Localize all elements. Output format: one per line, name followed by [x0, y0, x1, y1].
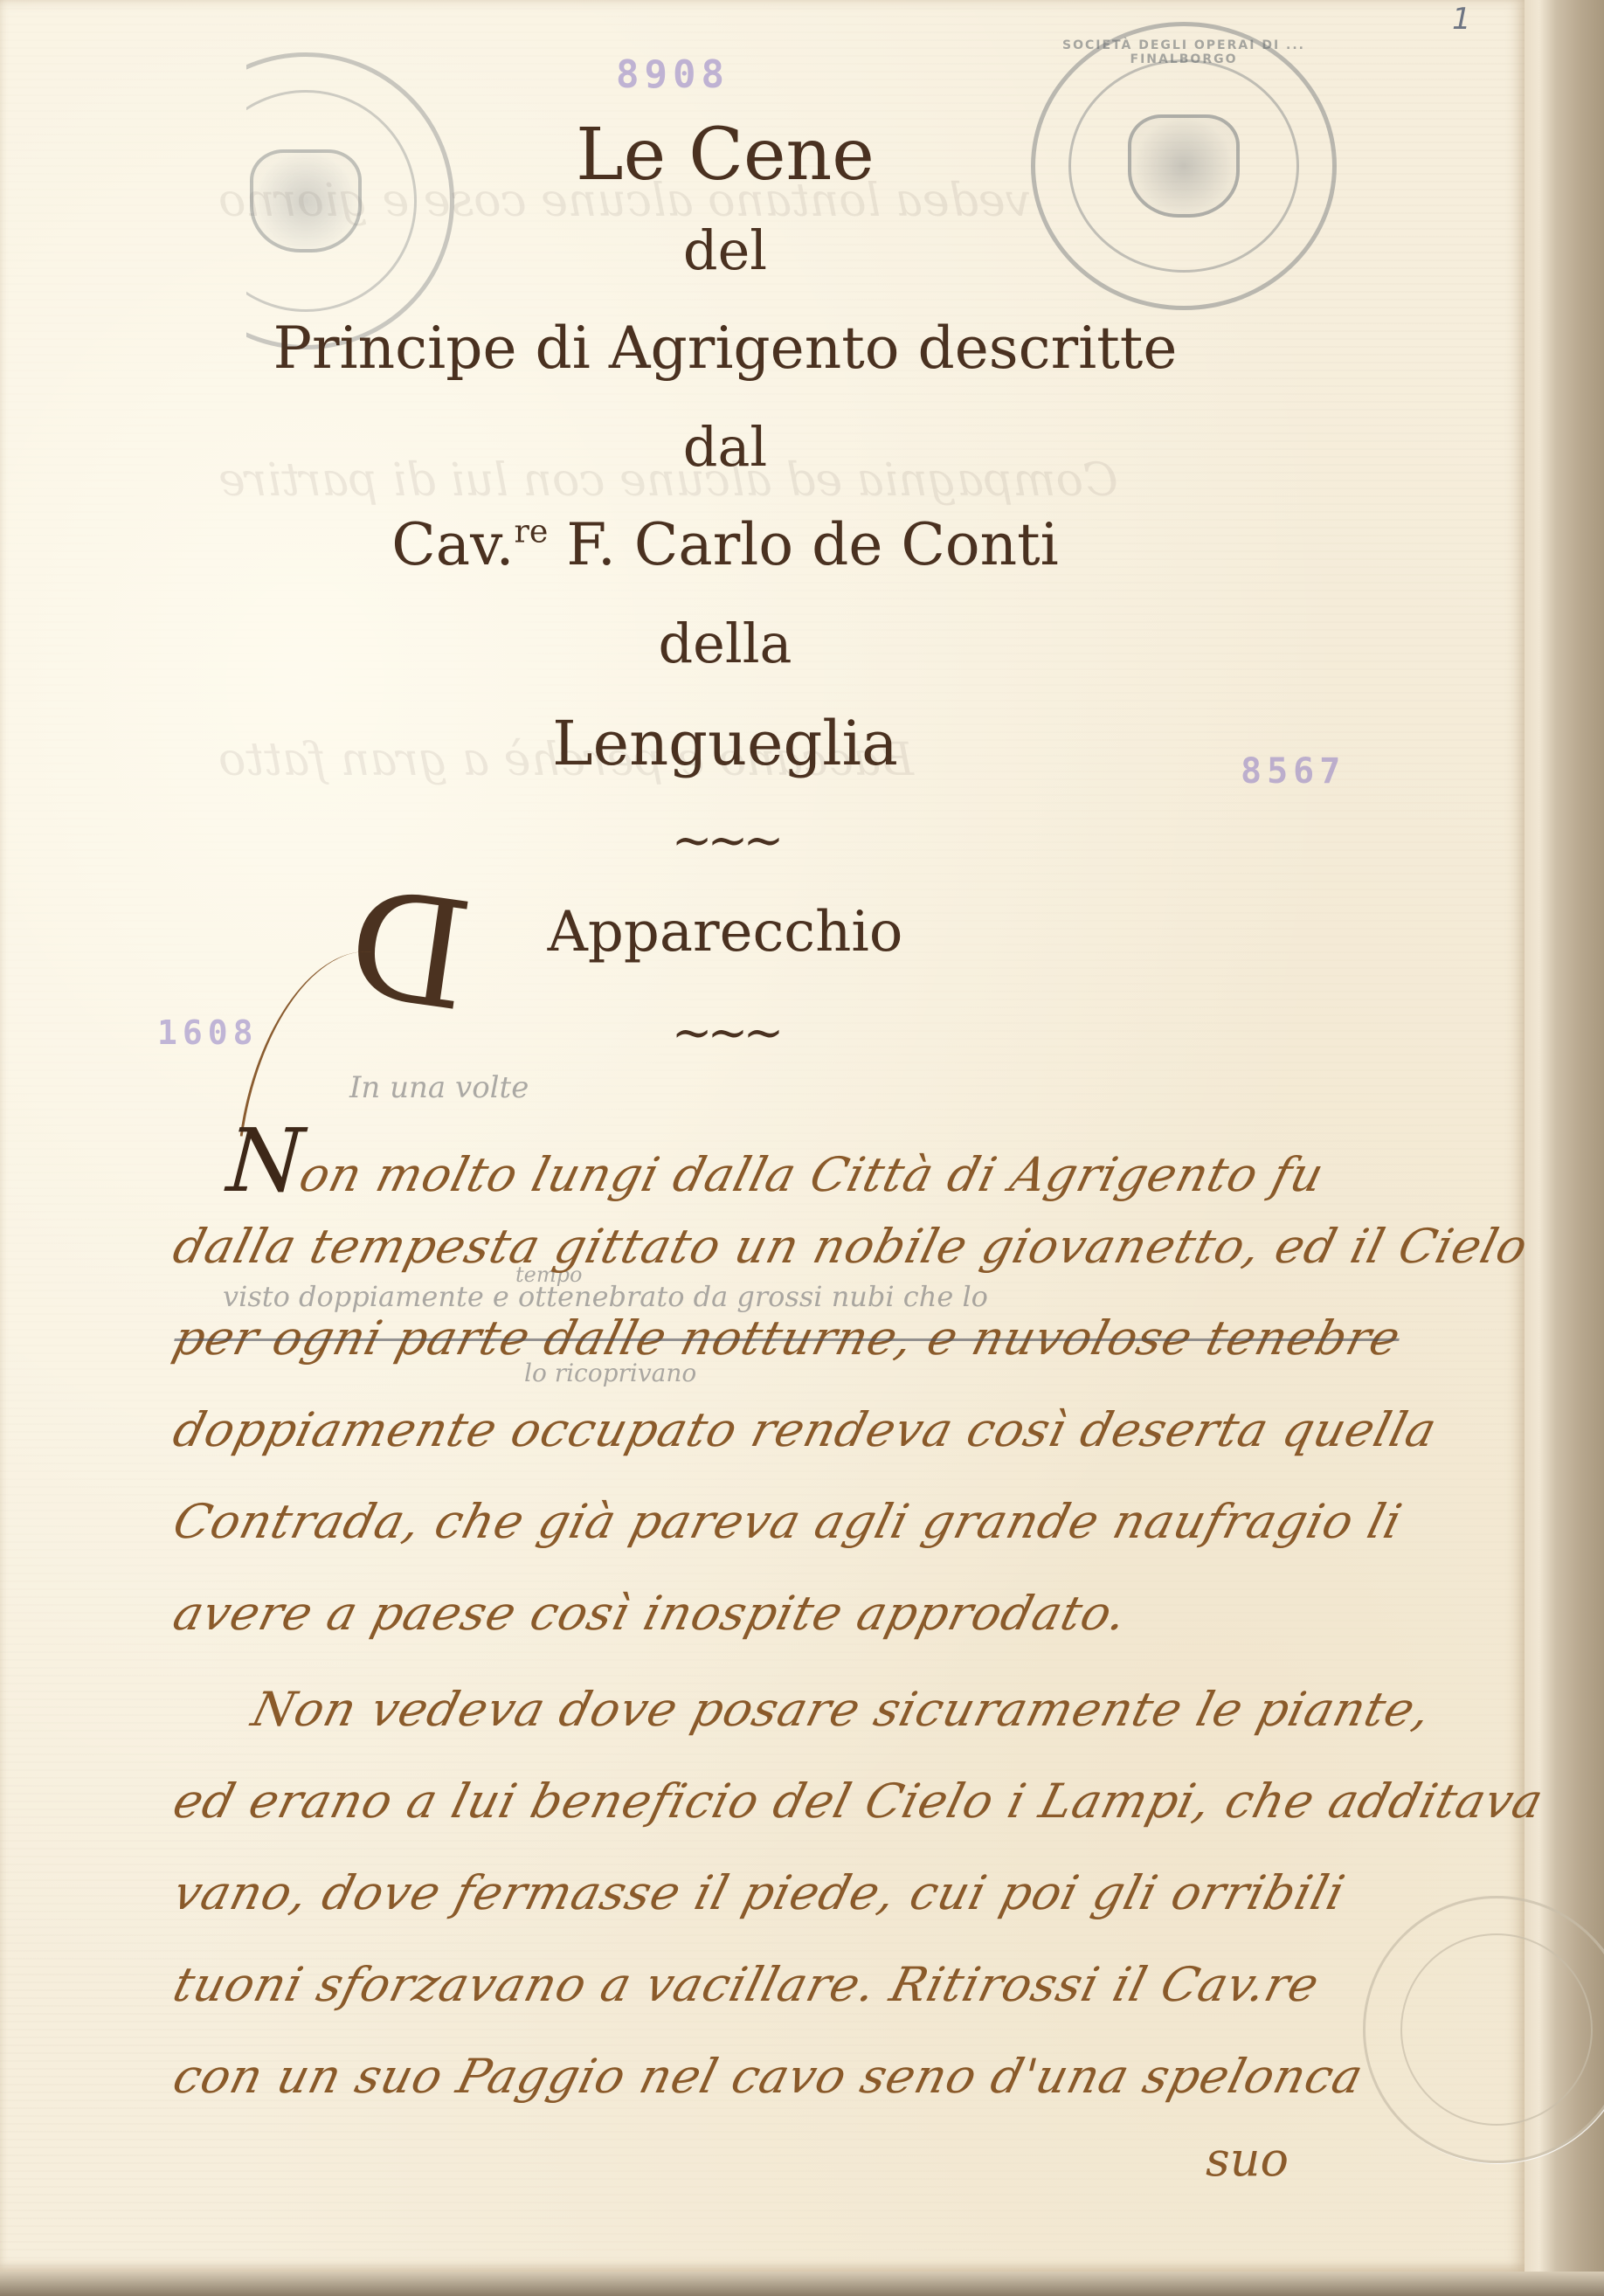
body-line-2: dalla tempesta gittato un nobile giovane… — [168, 1219, 1533, 1274]
title-line-6: della — [0, 612, 1450, 675]
pencil-annotation: visto doppiamente e ottenebrato da gross… — [223, 1280, 988, 1313]
body-line-6: avere a paese così inospite approdato. — [168, 1586, 1133, 1641]
page-bottom-edge — [0, 2272, 1604, 2296]
body-line-5: Contrada, che già pareva agli grande nau… — [168, 1494, 1407, 1549]
body-line-11: con un suo Paggio nel cavo seno d'una sp… — [168, 2049, 1369, 2104]
body-line-1: Non molto lungi dalla Città di Agrigento… — [214, 1110, 1338, 1212]
body-line-9: vano, dove fermasse il piede, cui poi gl… — [168, 1865, 1351, 1920]
title-abbrev-sup: re — [515, 513, 549, 550]
title-line-2: del — [0, 218, 1450, 282]
body-line-8: ed erano a lui beneficio del Cielo i Lam… — [168, 1774, 1549, 1829]
body-line-3: per ogni parte dalle notturne, e nuvolos… — [168, 1311, 1407, 1366]
title-author-name: F. Carlo de Conti — [548, 511, 1058, 578]
body-line-10: tuoni sforzavano a vacillare. Ritirossi … — [168, 1957, 1324, 2012]
inventory-stamp-top: 8908 — [616, 52, 729, 97]
seal-legend: SOCIETÀ DEGLI OPERAI DI ... FINALBORGO — [1035, 38, 1332, 66]
pencil-annotation: In una volte — [349, 1070, 529, 1105]
title-line-3: Principe di Agrigento descritte — [0, 315, 1450, 382]
body-line-7: Non vedeva dove posare sicuramente le pi… — [246, 1682, 1437, 1737]
section-heading: Apparecchio — [0, 900, 1450, 965]
folio-number: 1 — [1452, 2, 1471, 37]
title-abbrev-cav: Cav. — [391, 511, 514, 578]
title-line-1: Le Cene — [0, 114, 1450, 197]
ornament-swash-bottom: ~~~ — [0, 1005, 1450, 1062]
body-line-4: doppiamente occupato rendeva così desert… — [168, 1402, 1442, 1457]
title-line-4: dal — [0, 415, 1450, 479]
title-line-5: Cav.re F. Carlo de Conti — [0, 511, 1450, 578]
title-line-7: Lengueglia — [0, 708, 1450, 779]
ornament-swash-top: ~~~ — [0, 813, 1450, 869]
catchword: suo — [1206, 2132, 1289, 2187]
